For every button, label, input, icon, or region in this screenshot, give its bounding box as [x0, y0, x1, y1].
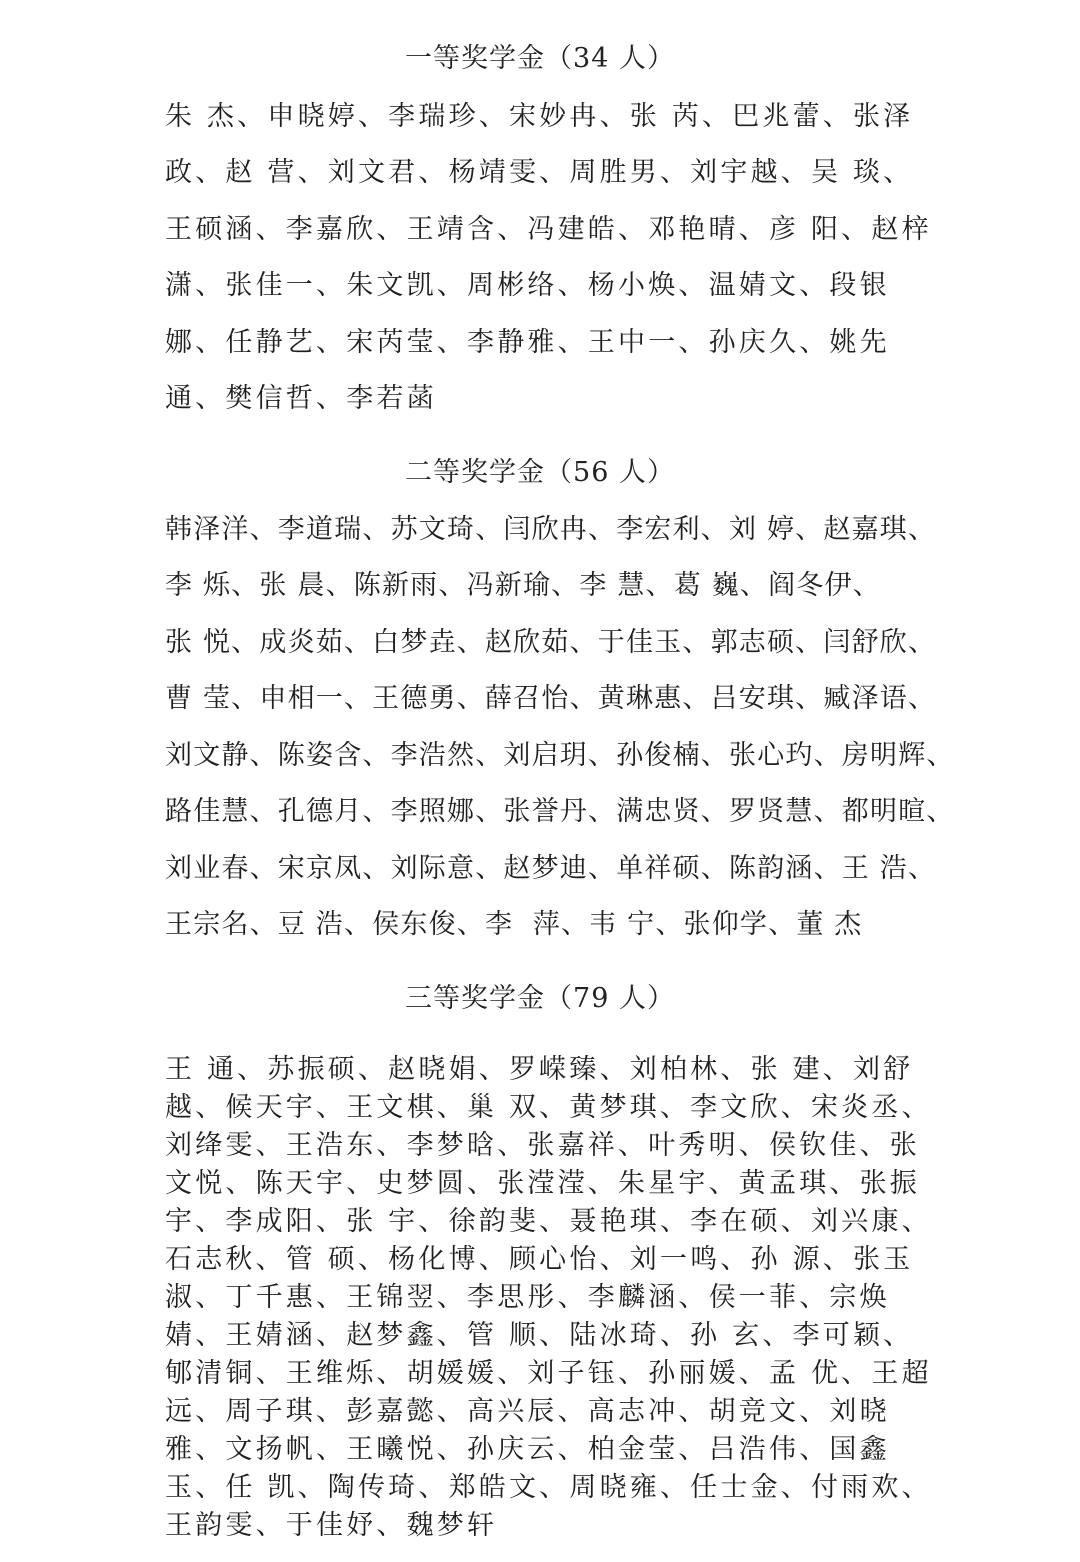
- name-line: 王 通、苏振硕、赵晓娟、罗嵘臻、刘柏林、张 建、刘舒: [165, 1047, 913, 1086]
- name-line: 韩泽洋、李道瑞、苏文琦、闫欣冉、李宏利、刘 婷、赵嘉琪、: [165, 507, 936, 546]
- name-line: 王硕涵、李嘉欣、王靖含、冯建皓、邓艳晴、彦 阳、赵梓: [165, 207, 932, 246]
- name-line: 越、候天宇、王文棋、巢 双、黄梦琪、李文欣、宋炎丞、: [165, 1085, 932, 1124]
- name-line: 婧、王婧涵、赵梦鑫、管 顺、陆冰琦、孙 玄、李可颖、: [165, 1313, 913, 1352]
- name-line: 通、樊信哲、李若菡: [165, 376, 437, 415]
- name-line: 石志秋、管 硕、杨化博、顾心怡、刘一鸣、孙 源、张玉: [165, 1237, 913, 1276]
- name-line: 郇清铜、王维烁、胡媛媛、刘子钰、孙丽媛、孟 优、王超: [165, 1351, 932, 1390]
- section-title-first-class: 一等奖学金（34 人）: [0, 36, 1080, 75]
- section-title-third-class: 三等奖学金（79 人）: [0, 976, 1080, 1015]
- name-line: 张 悦、成炎茹、白梦垚、赵欣茹、于佳玉、郭志硕、闫舒欣、: [165, 620, 936, 659]
- name-line: 远、周子琪、彭嘉懿、高兴辰、高志冲、胡竞文、刘晓: [165, 1389, 890, 1428]
- name-line: 朱 杰、申晓婷、李瑞珍、宋妙冉、张 芮、巴兆蕾、张泽: [165, 94, 913, 133]
- name-line: 文悦、陈天宇、史梦圆、张滢滢、朱星宇、黄孟琪、张振: [165, 1161, 920, 1200]
- name-line: 雅、文扬帆、王曦悦、孙庆云、柏金莹、吕浩伟、国鑫: [165, 1427, 890, 1466]
- name-line: 淑、丁千惠、王锦翌、李思彤、李麟涵、侯一菲、宗焕: [165, 1275, 890, 1314]
- name-line: 曹 莹、申相一、王德勇、薛召怡、黄琳惠、吕安琪、臧泽语、: [165, 676, 936, 715]
- scholarship-list-page: 一等奖学金（34 人） 朱 杰、申晓婷、李瑞珍、宋妙冉、张 芮、巴兆蕾、张泽 政…: [0, 0, 1080, 1562]
- name-line: 刘业春、宋京凤、刘际意、赵梦迪、单祥硕、陈韵涵、王 浩、: [165, 846, 936, 885]
- name-line: 刘绛雯、王浩东、李梦晗、张嘉祥、叶秀明、侯钦佳、张: [165, 1123, 920, 1162]
- name-line: 政、赵 营、刘文君、杨靖雯、周胜男、刘宇越、吴 琰、: [165, 150, 913, 189]
- name-line: 李 烁、张 晨、陈新雨、冯新瑜、李 慧、葛 巍、阎冬伊、: [165, 563, 881, 602]
- name-line: 玉、任 凯、陶传琦、郑皓文、周晓雍、任士金、付雨欢、: [165, 1465, 932, 1504]
- name-line: 刘文静、陈姿含、李浩然、刘启玥、孙俊楠、张心玓、房明辉、: [165, 733, 955, 772]
- name-line: 王韵雯、于佳妤、魏梦轩: [165, 1503, 497, 1542]
- name-line: 潇、张佳一、朱文凯、周彬络、杨小焕、温婧文、段银: [165, 263, 890, 302]
- name-line: 娜、任静艺、宋芮莹、李静雅、王中一、孙庆久、姚先: [165, 320, 890, 359]
- name-line: 路佳慧、孔德月、李照娜、张誉丹、满忠贤、罗贤慧、都明暄、: [165, 789, 955, 828]
- name-line: 宇、李成阳、张 宇、徐韵斐、聂艳琪、李在硕、刘兴康、: [165, 1199, 932, 1238]
- section-title-second-class: 二等奖学金（56 人）: [0, 450, 1080, 489]
- name-line: 王宗名、豆 浩、侯东俊、李 萍、韦 宁、张仰学、董 杰: [165, 902, 863, 941]
